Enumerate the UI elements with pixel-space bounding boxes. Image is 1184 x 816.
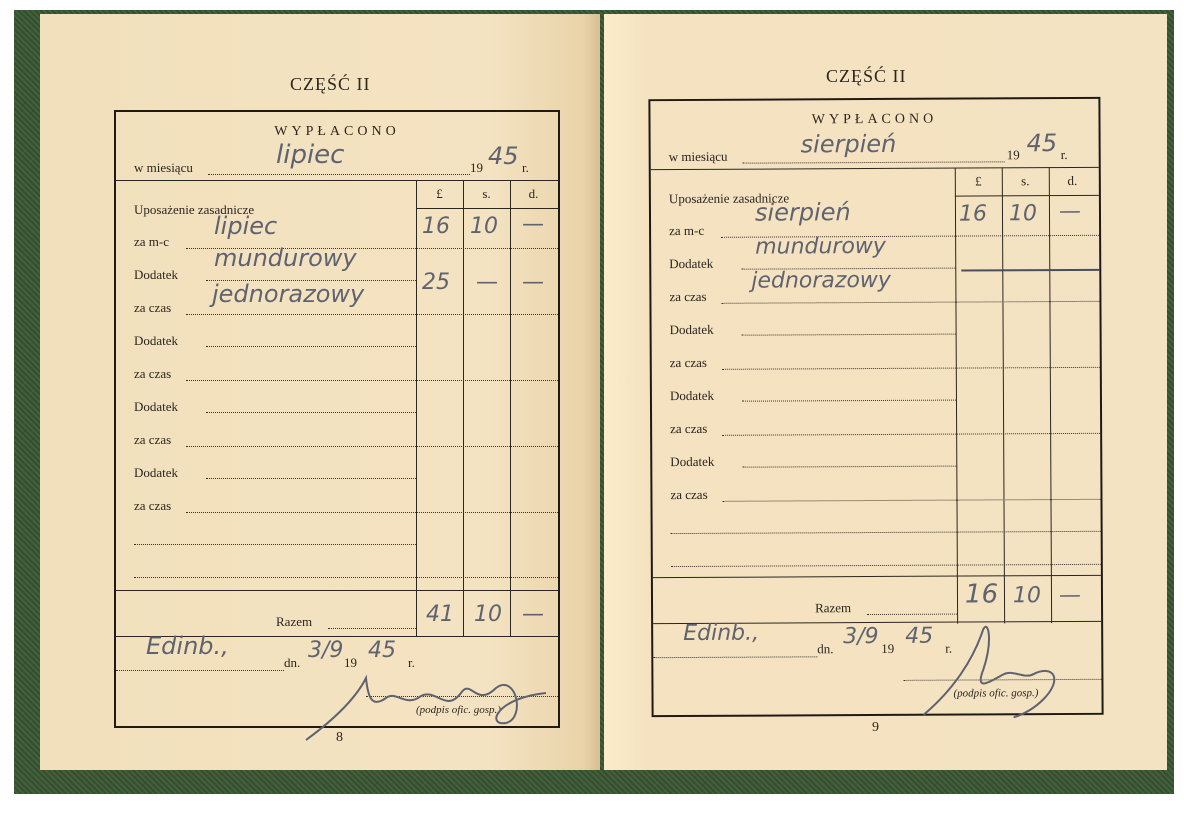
total-divider (653, 575, 1101, 578)
total-pence: — (1059, 583, 1081, 608)
strike-mark (961, 269, 1099, 272)
total-label: Razem (815, 600, 851, 616)
row-label: Dodatek (134, 267, 178, 283)
pay-form: WYPŁACONO w miesiącu sierpień 19 45 r. £… (648, 97, 1103, 717)
divider (116, 180, 558, 181)
col-header-divider (955, 195, 1099, 197)
month-dotline (743, 161, 1005, 163)
row-label: Dodatek (670, 322, 714, 338)
signature-icon (913, 619, 1084, 720)
col-header-shillings: s. (463, 186, 510, 202)
col-header-shillings: s. (1002, 173, 1049, 189)
row-entry: sierpień (755, 198, 851, 227)
row-dotline (206, 478, 416, 479)
row-pence: — (1059, 199, 1081, 224)
col-header-pounds: £ (955, 173, 1002, 189)
place-handwritten: Edinb., (683, 621, 759, 646)
row-label: za czas (134, 432, 171, 448)
row-dotline (722, 499, 1100, 502)
total-dotline (328, 628, 416, 629)
year-suffix: r. (1061, 147, 1068, 163)
page-number: 8 (336, 730, 343, 746)
page-number: 9 (872, 720, 879, 736)
row-pounds: 25 (422, 270, 450, 295)
row-dotline (671, 564, 1101, 567)
row-pence: — (522, 212, 544, 237)
total-label: Razem (276, 614, 312, 630)
total-dotline (867, 614, 957, 615)
row-shillings: 10 (1009, 201, 1037, 226)
row-dotline (721, 301, 1099, 304)
row-label: za m-c (134, 234, 169, 250)
row-label: za czas (669, 289, 706, 305)
year-prefix: 19 (1007, 147, 1020, 163)
row-dotline (722, 367, 1100, 370)
row-pounds: 16 (959, 201, 987, 226)
row-dotline (134, 544, 416, 545)
row-dotline (186, 380, 558, 381)
year-handwritten: 45 (488, 142, 519, 170)
place-dotline (116, 670, 284, 671)
date-handwritten: 3/9 (308, 638, 343, 663)
row-dotline (186, 314, 558, 315)
row-label: Dodatek (134, 399, 178, 415)
row-label: Dodatek (669, 256, 713, 272)
row-pounds: 16 (422, 214, 450, 239)
row-entry: jednorazowy (212, 280, 364, 308)
row-label: Dodatek (670, 388, 714, 404)
row-entry: mundurowy (214, 244, 357, 272)
row-label: za m-c (669, 223, 704, 239)
row-dotline (134, 577, 558, 578)
row-entry: lipiec (214, 212, 277, 240)
row-shillings: 10 (470, 214, 498, 239)
total-pounds: 41 (426, 602, 454, 627)
row-dotline (722, 433, 1100, 436)
section-title: CZĘŚĆ II (826, 66, 907, 87)
place-handwritten: Edinb., (146, 632, 229, 660)
row-label: za czas (670, 487, 707, 503)
row-label: Dodatek (134, 465, 178, 481)
row-label: za czas (134, 498, 171, 514)
row-label: Dodatek (134, 333, 178, 349)
right-page: CZĘŚĆ II WYPŁACONO w miesiącu sierpień 1… (604, 14, 1167, 770)
row-dotline (742, 466, 956, 468)
month-dotline (208, 174, 470, 175)
row-dotline (206, 412, 416, 413)
divider (651, 167, 1099, 170)
year-prefix: 19 (470, 160, 483, 176)
pay-form: WYPŁACONO w miesiącu lipiec 19 45 r. £ s… (114, 110, 560, 728)
date-year-prefix: 19 (881, 641, 894, 657)
row-dotline (742, 334, 956, 336)
month-handwritten: lipiec (276, 140, 344, 170)
col-header-pence: d. (1049, 173, 1096, 189)
form-header: WYPŁACONO (650, 111, 1098, 129)
date-handwritten: 3/9 (843, 624, 879, 649)
total-shillings: 10 (1013, 583, 1041, 608)
row-label: za czas (670, 355, 707, 371)
form-header: WYPŁACONO (116, 124, 558, 140)
left-page: CZĘŚĆ II WYPŁACONO w miesiącu lipiec 19 … (40, 14, 600, 770)
month-handwritten: sierpień (801, 130, 897, 159)
row-pence: — (522, 270, 544, 295)
row-label: Dodatek (670, 454, 714, 470)
total-pounds: 16 (965, 579, 998, 609)
year-suffix: r. (522, 160, 529, 176)
date-label: dn. (817, 641, 833, 657)
row-label: za czas (670, 421, 707, 437)
row-dotline (742, 400, 956, 402)
row-entry: mundurowy (755, 234, 886, 260)
signature-icon (296, 668, 556, 748)
col-header-pence: d. (510, 186, 557, 202)
row-entry: jednorazowy (751, 268, 891, 294)
row-dotline (206, 346, 416, 347)
row-shillings: — (476, 270, 498, 295)
row-label: za czas (134, 300, 171, 316)
total-divider (116, 590, 558, 591)
row-dotline (671, 531, 1101, 534)
col-header-pounds: £ (416, 186, 463, 202)
total-shillings: 10 (474, 602, 502, 627)
total-pence: — (522, 602, 544, 627)
month-label: w miesiącu (669, 149, 728, 165)
row-label: za czas (134, 366, 171, 382)
date-year-handwritten: 45 (368, 638, 396, 663)
row-dotline (186, 446, 558, 447)
year-handwritten: 45 (1027, 129, 1058, 157)
section-title: CZĘŚĆ II (290, 74, 371, 95)
col-header-divider (416, 208, 558, 209)
row-dotline (186, 512, 558, 513)
month-label: w miesiącu (134, 160, 193, 176)
place-dotline (653, 656, 817, 658)
